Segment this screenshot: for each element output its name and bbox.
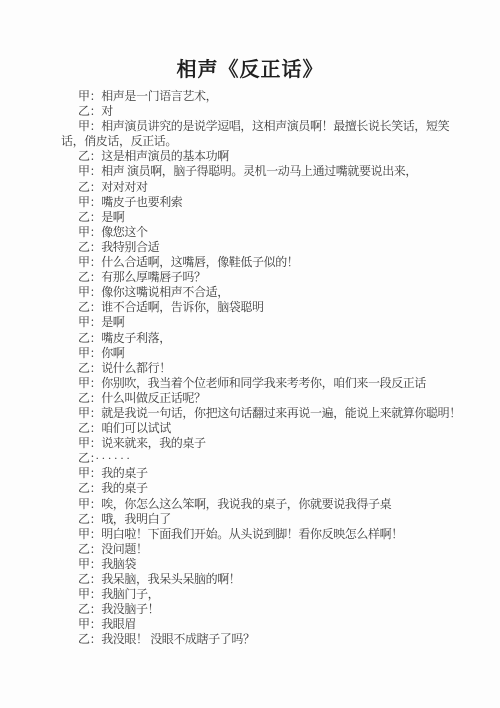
dialogue-line: 甲：说来就来，我的桌子 (61, 436, 472, 451)
dialogue-line: 甲：像您这个 (61, 225, 472, 240)
document-title: 相声《反正话》 (0, 57, 500, 83)
dialogue-line: 乙：是啊 (61, 210, 472, 225)
dialogue-line: 甲：就是我说一句话，你把这句话翻过来再说一遍，能说上来就算你聪明！ (61, 406, 472, 421)
dialogue-line: 乙：没问题！ (61, 542, 472, 557)
dialogue-line: 甲：相声是一门语言艺术， (61, 89, 472, 104)
dialogue-line: 甲：我的桌子 (61, 466, 472, 481)
dialogue-line: 甲：唉，你怎么这么笨啊，我说我的桌子，你就要说我得子桌 (61, 497, 472, 512)
dialogue-line: 甲：我眼眉 (61, 617, 472, 632)
dialogue-line: 乙：什么叫做反正话呢？ (61, 391, 472, 406)
dialogue-line: 乙：嘴皮子利落， (61, 331, 472, 346)
dialogue-line: 甲：像你这嘴说相声不合适， (61, 285, 472, 300)
dialogue-line: 乙：· · · · · · (61, 451, 472, 466)
dialogue-line: 甲：我脑门子， (61, 587, 472, 602)
dialogue-line: 甲：什么合适啊，这嘴唇，像鞋低子似的！ (61, 255, 472, 270)
dialogue-list: 甲：相声是一门语言艺术， 乙：对 甲：相声演员讲究的是说学逗唱，这相声演员啊！最… (0, 89, 500, 647)
dialogue-line: 甲：相声 演员啊，脑子得聪明。灵机一动马上通过嘴就要说出来， (61, 164, 472, 179)
dialogue-line: 甲：相声演员讲究的是说学逗唱，这相声演员啊！最擅长说长笑话，短笑话，俏皮话，反正… (61, 119, 472, 149)
dialogue-line: 甲：是啊 (61, 315, 472, 330)
dialogue-line: 乙：谁不合适啊，告诉你，脑袋聪明 (61, 300, 472, 315)
dialogue-line: 乙：这是相声演员的基本功啊 (61, 149, 472, 164)
dialogue-line: 乙：我没脑子！ (61, 602, 472, 617)
dialogue-line: 乙：我没眼！ 没眼不成瞎子了吗？ (61, 632, 472, 647)
document-page: 相声《反正话》 甲：相声是一门语言艺术， 乙：对 甲：相声演员讲究的是说学逗唱，… (0, 0, 500, 708)
dialogue-line: 乙：咱们可以试试 (61, 421, 472, 436)
dialogue-line: 甲：你啊 (61, 346, 472, 361)
dialogue-line: 乙：我的桌子 (61, 481, 472, 496)
dialogue-line: 甲：你别吹，我当着个位老师和同学我来考考你，咱们来一段反正话 (61, 376, 472, 391)
dialogue-line: 乙：对对对对 (61, 180, 472, 195)
dialogue-line: 甲：嘴皮子也要利索 (61, 195, 472, 210)
dialogue-line: 乙：有那么厚嘴唇子吗？ (61, 270, 472, 285)
dialogue-line: 甲：我脑袋 (61, 557, 472, 572)
dialogue-line: 乙：我呆脑，我呆头呆脑的啊！ (61, 572, 472, 587)
dialogue-line: 乙：对 (61, 104, 472, 119)
dialogue-line: 乙：我特别合适 (61, 240, 472, 255)
dialogue-line: 乙：说什么都行！ (61, 361, 472, 376)
dialogue-line: 甲：明白啦！下面我们开始。从头说到脚！看你反映怎么样啊！ (61, 527, 472, 542)
dialogue-line: 乙：哦，我明白了 (61, 512, 472, 527)
